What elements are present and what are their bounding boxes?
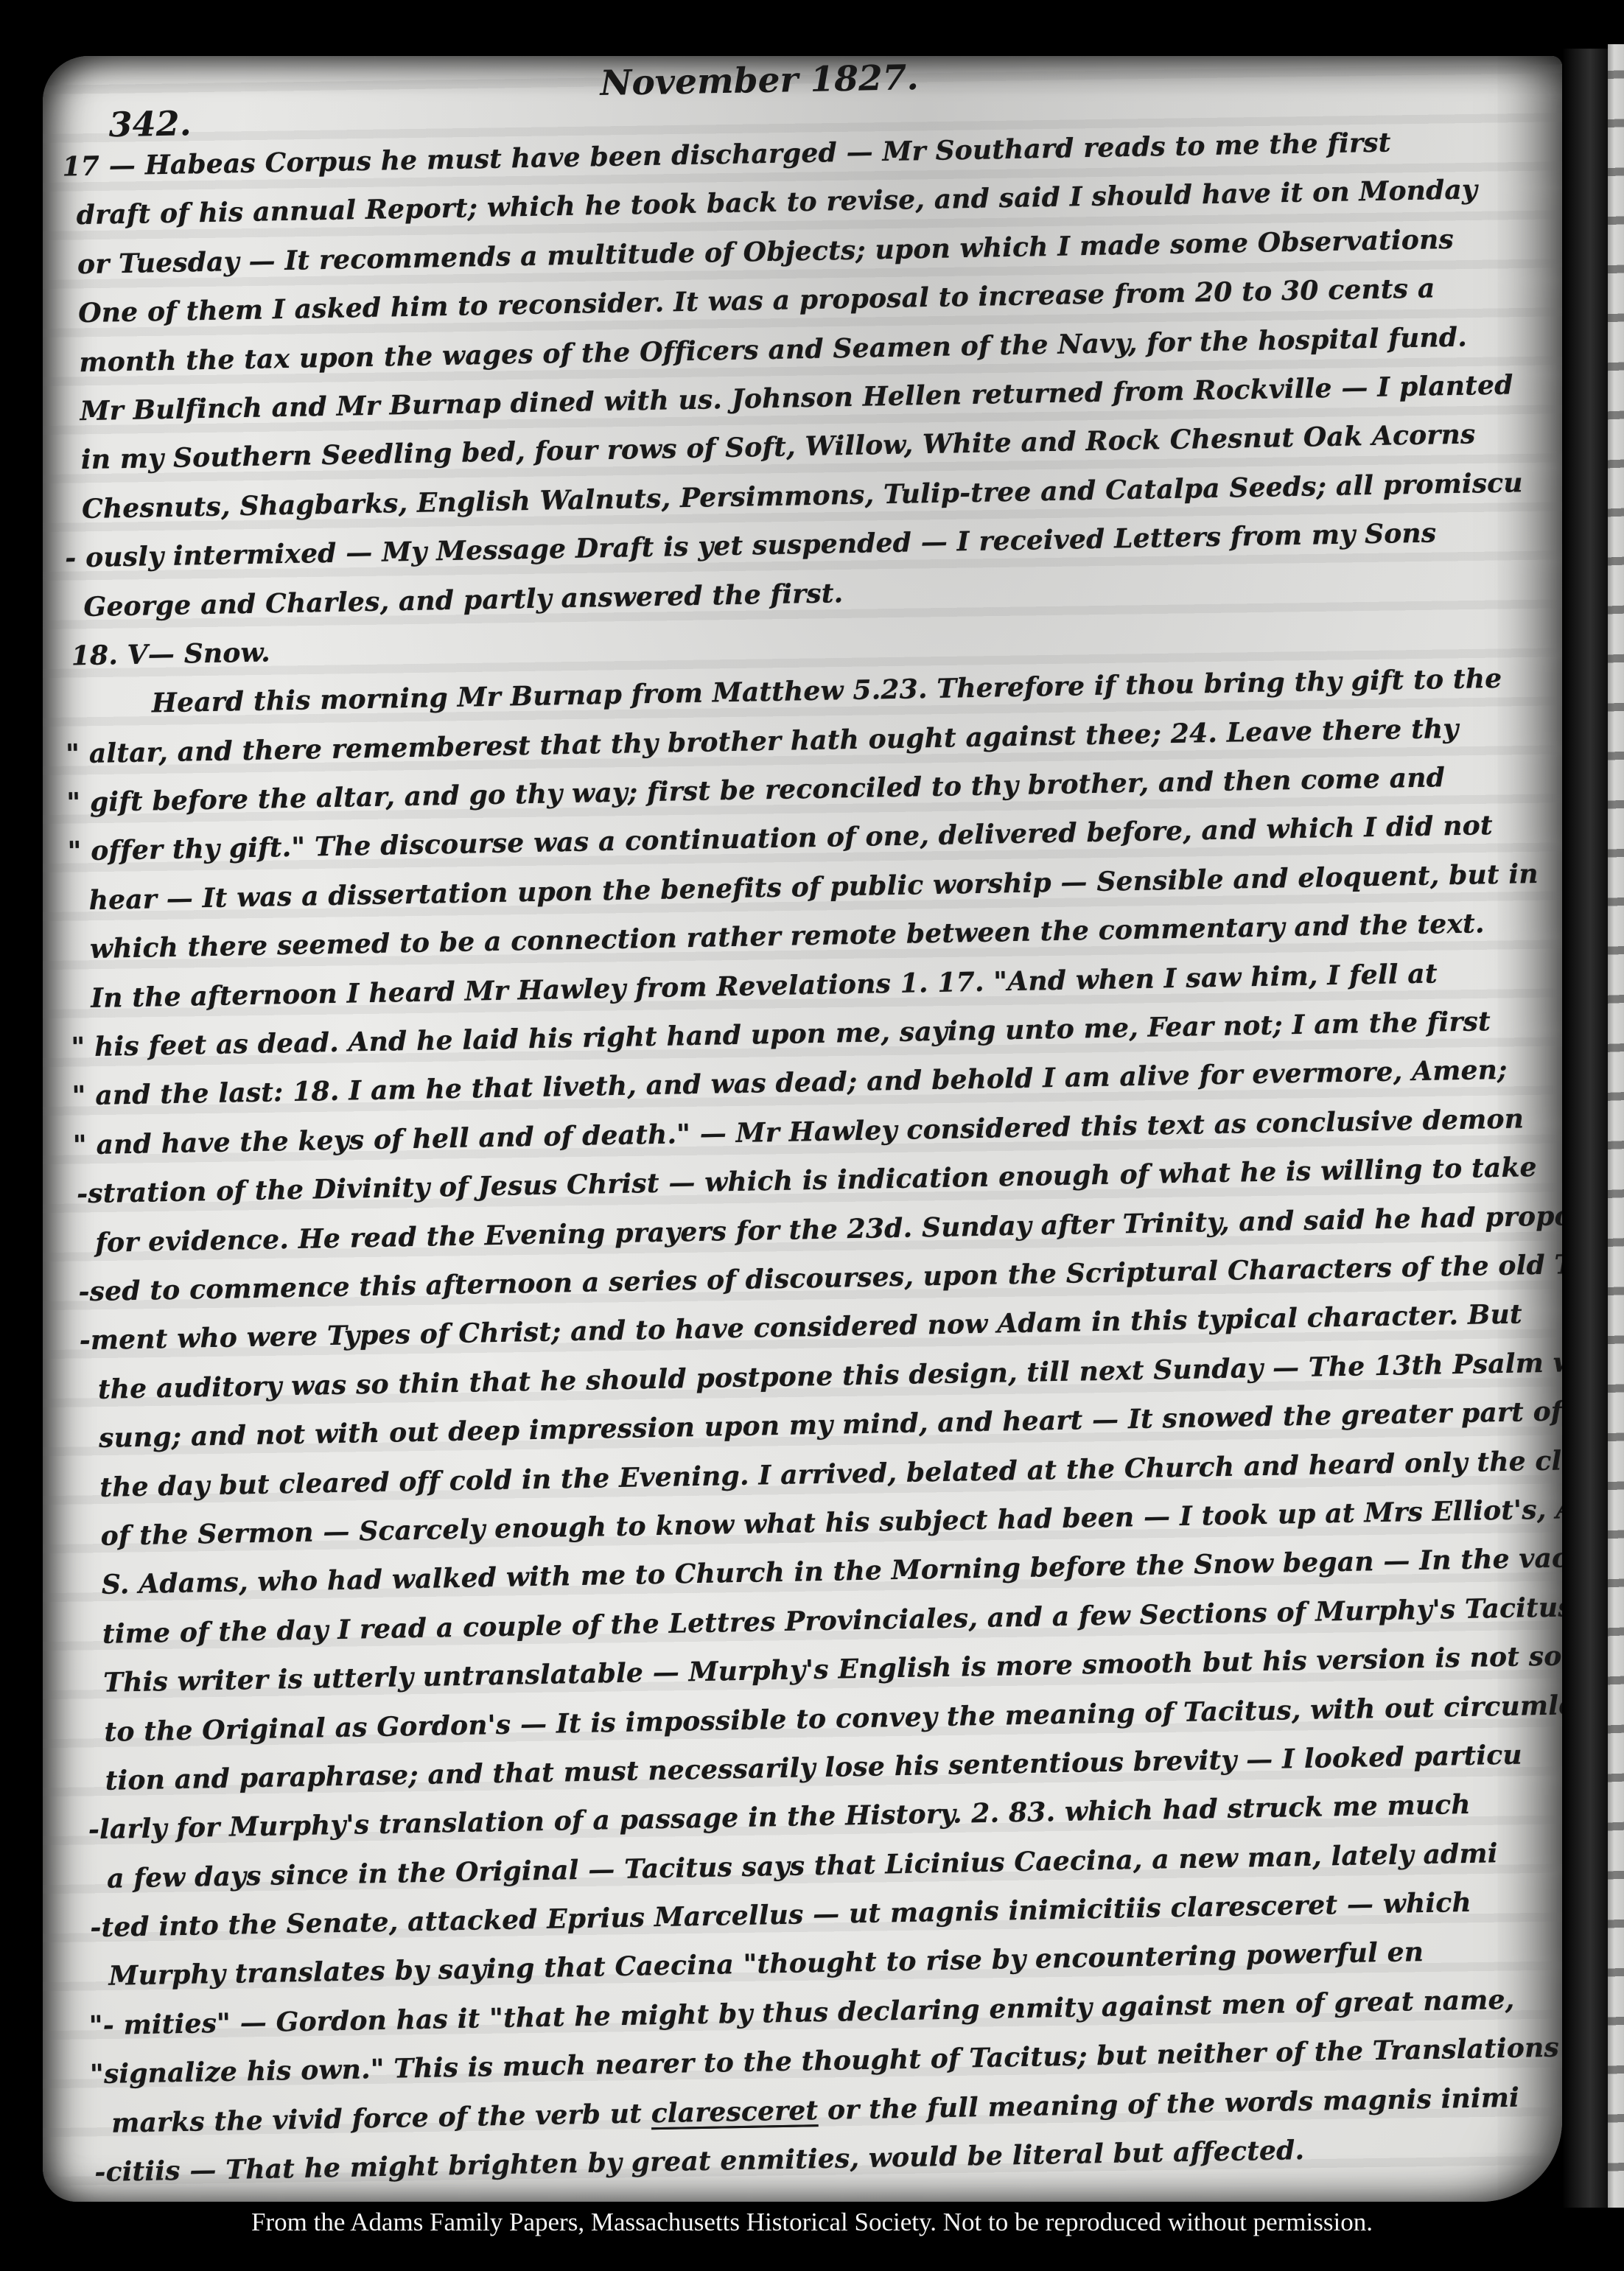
diary-page-scan: 342. November 1827. 17 — Habeas Corpus h… [43,56,1562,2202]
manuscript-ink-layer: 342. November 1827. 17 — Habeas Corpus h… [25,42,1583,2215]
adjacent-page-sliver [1608,44,1624,2208]
manuscript-text-block: 17 — Habeas Corpus he must have been dis… [55,125,1558,2205]
line-text: 17 — Habeas Corpus he must have been dis… [62,127,1391,182]
line-text: 18. V— Snow. [71,637,270,671]
book-gutter-shadow [1562,49,1608,2208]
month-year-heading: November 1827. [25,47,1494,114]
underlined-word: claresceret [651,2095,818,2129]
credit-caption: From the Adams Family Papers, Massachuse… [0,2208,1624,2237]
